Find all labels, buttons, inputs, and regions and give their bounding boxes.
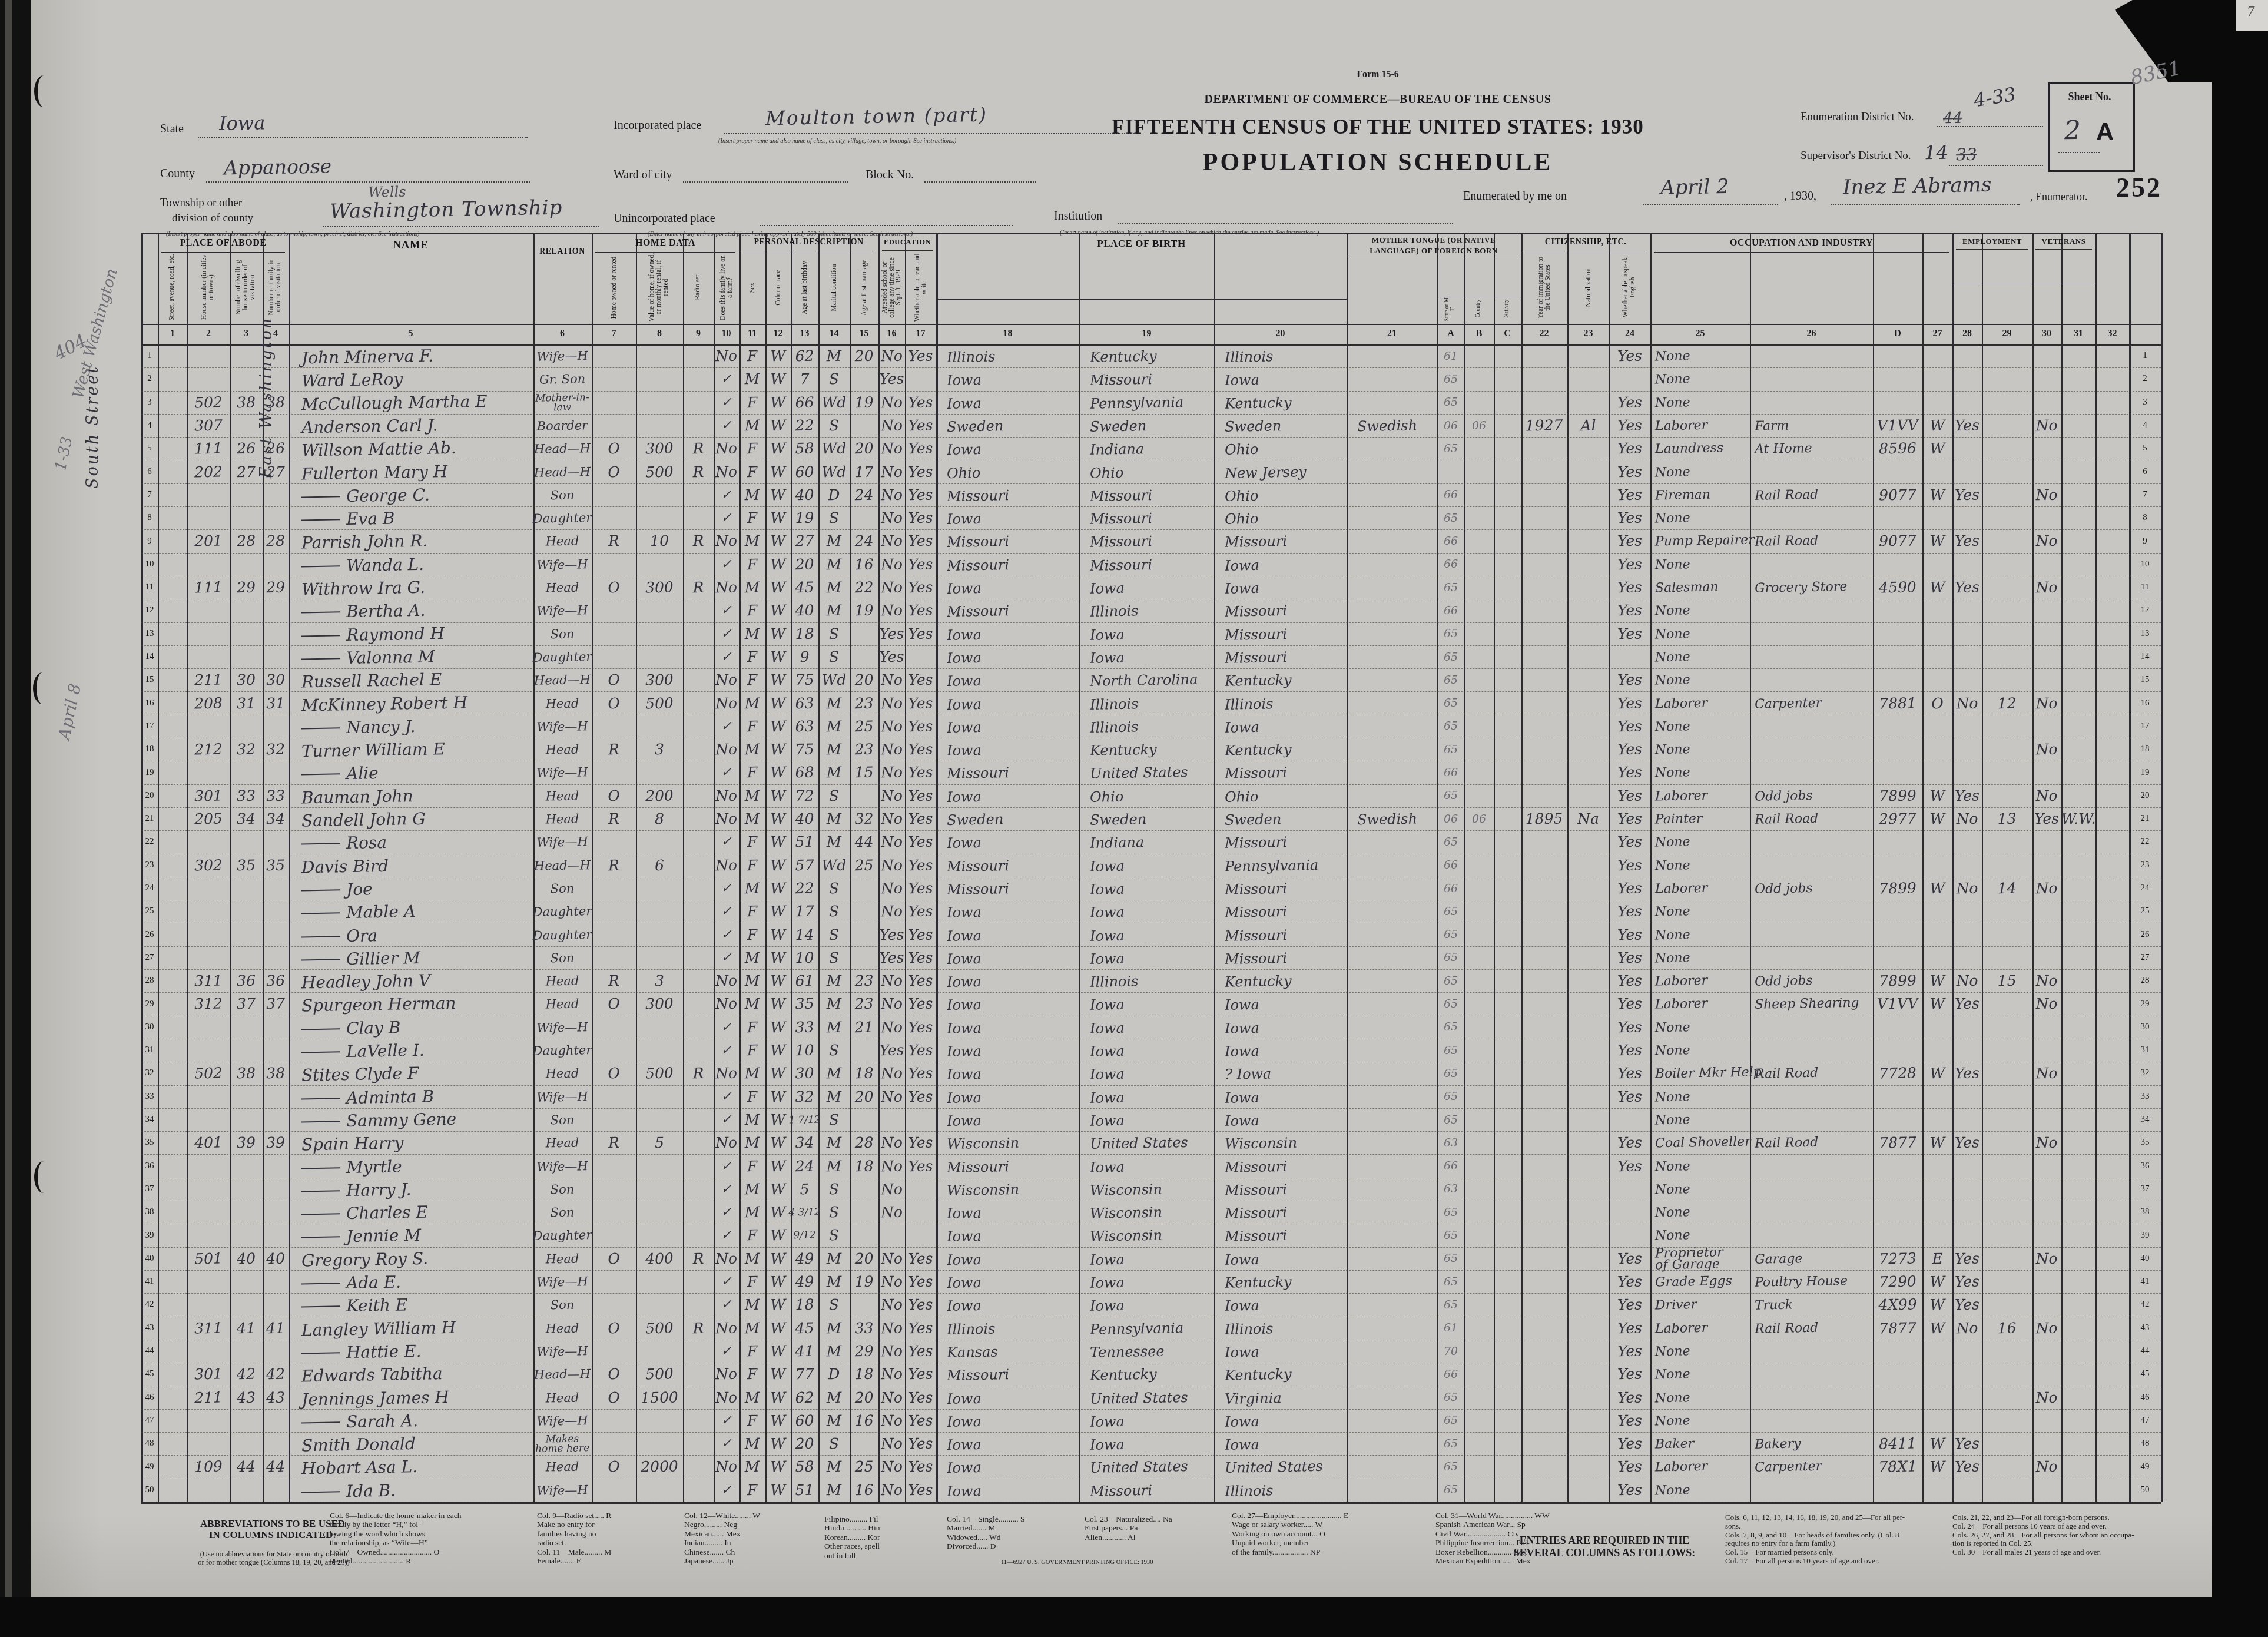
enumerated-date-line [1643,204,1778,205]
cell-bp_father: Iowa [1079,575,1225,601]
group-underline [1654,252,1949,253]
cell-bp_person: Iowa [936,1083,1090,1109]
cell-marital: M [818,830,850,854]
cell-color: W [765,344,791,368]
cell-occupation: Coal Shoveller [1650,1131,1755,1155]
cell-name: Edwards Tabitha [289,1360,546,1388]
cell-sex: M [739,877,766,900]
cell-agem: 18 [850,1154,879,1178]
cell-house: 212 [187,737,230,761]
cell-relation: Daughter [533,923,592,947]
cell-bp_father: United States [1079,760,1225,786]
line-number-right: 48 [2129,1432,2161,1455]
cell-owned: O [592,1247,636,1271]
enumerator-name: Inez E Abrams [1843,173,1992,199]
cell-radio: R [683,1316,714,1340]
cell-school: No [878,714,906,738]
cell-relation: Head [533,1455,592,1479]
cell-read: Yes [905,1478,937,1502]
cell-school: No [878,992,906,1016]
cell-occupation: None [1650,1154,1755,1178]
cell-class: W [1922,529,1953,553]
cell-bp_person: Iowa [936,945,1090,971]
cell-vet: No [2032,691,2062,715]
cell-bp_father: Indiana [1079,829,1225,855]
cell-school: No [878,1201,906,1224]
group-title: HOME DATA [592,238,739,248]
cell-bp_father: Pennsylvania [1079,389,1225,415]
cell-bp_person: Iowa [936,1431,1090,1457]
line-number-right: 7 [2129,483,2161,506]
cell-codeD: 8411 [1873,1431,1923,1456]
cell-english: Yes [1609,552,1651,576]
cell-bp_mother: Pennsylvania [1214,852,1358,878]
cell-family: 43 [263,1386,289,1409]
cell-codeA: 65 [1437,437,1464,460]
line-number-left: 4 [141,414,158,437]
cell-bp_mother: Missouri [1214,760,1358,786]
column-label-farm: Does this family live on a farm? [714,253,739,322]
cell-codeA: 65 [1437,1432,1464,1455]
column-number: 6 [533,329,592,339]
line-number-right: 6 [2129,460,2161,483]
cell-color: W [765,877,791,900]
line-number-left: 38 [141,1201,158,1224]
cell-sex: M [739,1432,766,1456]
cell-family: 35 [263,853,289,877]
cell-occupation: Laborer [1650,992,1755,1016]
cell-sex: M [739,1386,766,1409]
column-label-nat: Naturalization [1567,253,1609,322]
line-number-right: 35 [2129,1131,2161,1154]
cell-school: No [878,853,906,877]
cell-school: No [878,1270,906,1294]
cell-read: Yes [905,1247,937,1270]
cell-owned: O [592,1062,636,1086]
ditto-dash [301,519,340,521]
ditto-dash [301,1352,340,1354]
cell-age: 40 [791,807,819,831]
form-number: Form 15-6 [1319,69,1437,80]
cell-english: Yes [1609,830,1651,854]
cell-codeA: 61 [1437,344,1464,367]
cell-bp_father: Iowa [1079,1292,1225,1318]
cell-marital: M [818,1085,850,1108]
cell-bp_father: Iowa [1079,991,1225,1017]
cell-color: W [765,576,791,599]
cell-agem: 29 [850,1339,879,1363]
cell-marital: S [818,876,850,900]
cell-bp_mother: Kentucky [1214,389,1358,415]
cell-codeD: 7290 [1873,1270,1923,1294]
cell-marital: M [818,714,850,738]
cell-age: 72 [791,784,819,807]
cell-agem: 19 [850,599,879,622]
cell-bp_father: United States [1079,1384,1225,1410]
cell-marital: M [818,599,850,622]
cell-owned: O [592,1386,636,1410]
cell-dwelling: 38 [230,1062,263,1085]
cell-codeD: 7273 [1873,1247,1923,1271]
cell-bp_person: Iowa [936,991,1090,1017]
cell-bp_mother: Iowa [1214,1107,1358,1133]
cell-bp_person: Ohio [936,459,1090,485]
cell-color: W [765,460,791,483]
cell-sex: M [739,784,766,807]
state-line [198,137,528,138]
cell-marital: S [818,900,850,923]
cell-agem: 20 [850,1386,879,1409]
cell-work: No [1952,1316,1982,1340]
cell-school: Yes [878,1039,906,1062]
line-number-left: 28 [141,969,158,992]
ditto-dash [301,1098,340,1099]
cell-bp_mother: Iowa [1214,1338,1358,1364]
cell-codeA: 63 [1437,1131,1464,1154]
cell-family: 34 [263,807,289,831]
cell-bp_father: Missouri [1079,1477,1225,1503]
cell-farm: ✓ [714,599,740,622]
state-label: State [160,122,184,136]
cell-codeA: 65 [1437,668,1464,691]
group-title: PLACE OF BIRTH [936,238,1347,250]
cell-relation: Head—H [533,668,592,692]
cell-relation: Wife—H [533,1339,592,1363]
line-number-right: 10 [2129,553,2161,576]
line-number-left: 39 [141,1224,158,1247]
cell-marital: M [818,691,850,715]
corner-tick-note: 7 [2247,5,2255,19]
cell-farm: ✓ [714,1432,740,1456]
cell-occupation: Driver [1650,1293,1755,1317]
cell-vet: No [2032,1455,2062,1479]
cell-owned: O [592,1316,636,1340]
cell-age: 22 [791,876,819,900]
cell-farm: ✓ [714,1409,740,1432]
cell-codeA: 65 [1437,715,1464,738]
cell-marital: M [818,1316,850,1340]
cell-house: 202 [187,460,230,484]
cell-school: No [878,1409,906,1432]
cell-farm: No [714,460,740,483]
cell-farm: ✓ [714,622,740,645]
cell-school: No [878,761,906,784]
cell-sex: F [739,853,766,877]
line-number-right: 1 [2129,344,2161,367]
cell-english: Yes [1609,737,1651,761]
cell-bp_person: Missouri [936,551,1090,577]
cell-sex: M [739,414,766,438]
cell-occupation: None [1650,830,1755,854]
line-number-left: 2 [141,367,158,390]
cell-class: W [1922,876,1953,900]
block-line [924,181,1036,183]
cell-dwelling: 34 [230,807,263,831]
sd-value: 14 [1924,141,1948,164]
cell-relation: Head [533,784,592,808]
cell-farm: No [714,784,740,807]
cell-bp_person: Iowa [936,714,1090,740]
cell-agem: 16 [850,552,879,576]
cell-class: O [1922,691,1953,715]
ditto-dash [301,935,340,937]
cell-industry: Truck [1750,1292,1878,1317]
cell-bp_father: Wisconsin [1079,1222,1225,1248]
cell-value: 400 [636,1247,684,1271]
cell-sex: F [739,1224,766,1247]
cell-dwelling: 37 [230,992,263,1016]
cell-bp_person: Iowa [936,1384,1090,1410]
cell-sex: F [739,1015,766,1039]
cell-sex: F [739,437,766,460]
cell-marital: M [818,969,850,993]
cell-read: Yes [905,900,937,923]
cell-agem: 25 [850,853,879,877]
cell-bp_father: Ohio [1079,783,1225,809]
cell-english: Yes [1609,784,1651,808]
line-number-right: 44 [2129,1340,2161,1363]
cell-marital: S [818,784,850,807]
cell-relation: Head—H [533,853,592,877]
cell-class: W [1922,576,1953,599]
county-label: County [160,167,195,181]
cell-bp_mother: Iowa [1214,1038,1358,1063]
line-number-right: 8 [2129,506,2161,529]
cell-bp_person: Iowa [936,436,1090,462]
cell-relation: Wife—H [533,830,592,854]
cell-dwelling: 39 [230,1131,263,1155]
cell-bp_father: Pennsylvania [1079,1315,1225,1341]
cell-english: Yes [1609,1455,1651,1479]
cell-sex: F [739,1363,766,1386]
cell-farm: No [714,529,740,553]
line-number-left: 44 [141,1340,158,1363]
incorporated-label: Incorporated place [614,119,701,132]
cell-class: W [1922,1316,1953,1340]
sheet-line [2058,152,2100,153]
cell-marital: M [818,807,850,831]
cell-bp_father: Sweden [1079,413,1225,439]
cell-relation: Wife—H [533,1154,592,1178]
cell-occupation: None [1650,737,1755,762]
cell-bp_mother: Iowa [1214,1431,1358,1457]
cell-codeA: 06 [1437,807,1464,830]
cell-school: No [878,1363,906,1386]
cell-name: Willson Mattie Ab. [289,435,546,462]
line-number-right: 29 [2129,992,2161,1015]
cell-age: 18 [791,1293,819,1317]
cell-name: Ida B. [289,1476,546,1504]
cell-sex: M [739,1247,766,1270]
cell-english: Yes [1609,946,1651,970]
footer-col23: Col. 23—Naturalized.... NaFirst papers..… [1085,1515,1223,1542]
cell-color: W [765,1340,791,1363]
binding-curl [34,1161,53,1193]
cell-school: No [878,483,906,506]
cell-codeA: 65 [1437,923,1464,946]
cell-english: Yes [1609,668,1651,692]
cell-color: W [765,830,791,854]
cell-bp_person: Iowa [936,644,1090,670]
cell-codeA: 65 [1437,1039,1464,1062]
line-number-left: 24 [141,877,158,900]
cell-age: 58 [791,437,819,460]
cell-marital: M [818,1015,850,1039]
cell-age: 32 [791,1085,819,1108]
cell-color: W [765,668,791,692]
cell-color: W [765,691,791,715]
line-number-left: 34 [141,1108,158,1131]
cell-marital: M [818,761,850,784]
cell-color: W [765,1131,791,1155]
cell-industry: Rail Road [1750,1061,1878,1086]
cell-bp_person: Iowa [936,1292,1090,1318]
cell-color: W [765,414,791,438]
cell-farm: ✓ [714,1085,740,1108]
cell-agem: 32 [850,807,879,831]
cell-marital: M [818,529,850,553]
cell-work: Yes [1952,1432,1982,1456]
cell-color: W [765,1363,791,1386]
cell-bp_person: Iowa [936,621,1090,647]
cell-bp_person: Wisconsin [936,1177,1090,1202]
line-number-left: 29 [141,992,158,1015]
cell-age: 33 [791,1015,819,1039]
ditto-dash [301,496,340,498]
cell-age: 41 [791,1339,819,1363]
cell-bp_person: Iowa [936,366,1090,392]
cell-codeA: 06 [1437,414,1464,437]
column-number: 8 [636,329,683,339]
cell-codeA: 65 [1437,1247,1464,1270]
cell-english: Yes [1609,1339,1651,1363]
cell-read: Yes [905,1015,937,1039]
cell-read: Yes [905,483,937,506]
cell-occupation: None [1650,1385,1755,1410]
cell-farm: ✓ [714,877,740,900]
cell-owned: R [592,853,636,877]
line-number-left: 14 [141,645,158,668]
ditto-dash [301,1283,340,1284]
cell-occupation: Laborer [1650,691,1755,715]
column-label-marital: Marital condition [818,253,850,322]
cell-age: 75 [791,668,819,692]
cell-school: No [878,1293,906,1317]
cell-vet: No [2032,529,2062,553]
cell-marital: Wd [818,390,850,414]
cell-school: No [878,1478,906,1502]
cell-english: Yes [1609,992,1651,1016]
cell-bp_father: Iowa [1079,876,1225,902]
cell-codeD: 4590 [1873,575,1923,599]
cell-value: 8 [636,807,684,831]
cell-age: 14 [791,923,819,946]
cell-occupation: Laborer [1650,969,1755,993]
cell-codeA: 66 [1437,553,1464,576]
cell-bp_mother: United States [1214,1454,1358,1480]
column-label-age: Age at last birthday [791,253,818,322]
column-number: 2 [187,329,230,339]
line-number-left: 43 [141,1317,158,1340]
cell-agem: 33 [850,1316,879,1340]
cell-bp_father: Iowa [1079,1015,1225,1040]
cell-school: No [878,691,906,715]
cell-vet: No [2032,969,2062,993]
column-label-read: Whether able to read and write [905,253,936,322]
cell-class: W [1922,1270,1953,1294]
cell-relation: Mother-in-law [533,390,592,415]
cell-vet: No [2032,576,2062,599]
block-label: Block No. [866,168,914,182]
cell-school: No [878,437,906,460]
cell-color: W [765,622,791,645]
cell-sex: M [739,622,766,645]
cell-codeA: 65 [1437,692,1464,715]
cell-owned: R [592,807,636,831]
line-number-right: 45 [2129,1363,2161,1386]
cell-read: Yes [905,691,937,715]
cell-farm: ✓ [714,483,740,506]
column-number: C [1494,329,1521,339]
cell-bp_person: Iowa [936,1245,1090,1271]
cell-codeD: 7877 [1873,1131,1923,1155]
line-number-left: 19 [141,761,158,784]
sheet-value: 2 [2064,115,2081,145]
cell-bp_mother: Virginia [1214,1384,1358,1410]
cell-bp_mother: Missouri [1214,1222,1358,1248]
cell-sex: M [739,1108,766,1132]
cell-color: W [765,1247,791,1270]
cell-bp_father: Iowa [1079,899,1225,924]
cell-imm: 1895 [1521,807,1568,831]
cell-occupation: None [1650,1362,1755,1387]
cell-class: E [1922,1247,1953,1270]
cell-farm: ✓ [714,1177,740,1201]
cell-codeA: 65 [1437,1409,1464,1432]
cell-school: No [878,900,906,923]
cell-bp_person: Iowa [936,968,1090,994]
line-number-right: 9 [2129,529,2161,552]
cell-occupation: None [1650,714,1755,738]
cell-vet: No [2032,1386,2062,1409]
cell-industry: Rail Road [1750,529,1878,554]
cell-sex: F [739,1154,766,1178]
cell-vet: No [2032,784,2062,807]
cell-bp_mother: Illinois [1214,343,1358,369]
cell-owned: R [592,969,636,993]
cell-agem: 19 [850,1270,879,1294]
cell-relation: Head [533,1131,592,1155]
column-number: B [1464,329,1494,339]
cell-vet: No [2032,1062,2062,1085]
cell-color: W [765,923,791,946]
column-label-school: Attended school or college any time sinc… [878,253,905,322]
cell-bp_father: Iowa [1079,644,1225,670]
cell-read: Yes [905,1339,937,1363]
cell-vet: Yes [2032,807,2062,831]
line-number-right: 41 [2129,1270,2161,1293]
line-number-left: 40 [141,1247,158,1270]
line-number-left: 30 [141,1016,158,1039]
cell-class: W [1922,1455,1953,1479]
cell-color: W [765,529,791,553]
cell-read: Yes [905,1039,937,1062]
cell-bp_person: Illinois [936,343,1090,369]
cell-codeD: 8596 [1873,436,1923,460]
table-rule [141,233,2161,234]
cell-color: W [765,1224,791,1247]
cell-school: Yes [878,367,906,391]
